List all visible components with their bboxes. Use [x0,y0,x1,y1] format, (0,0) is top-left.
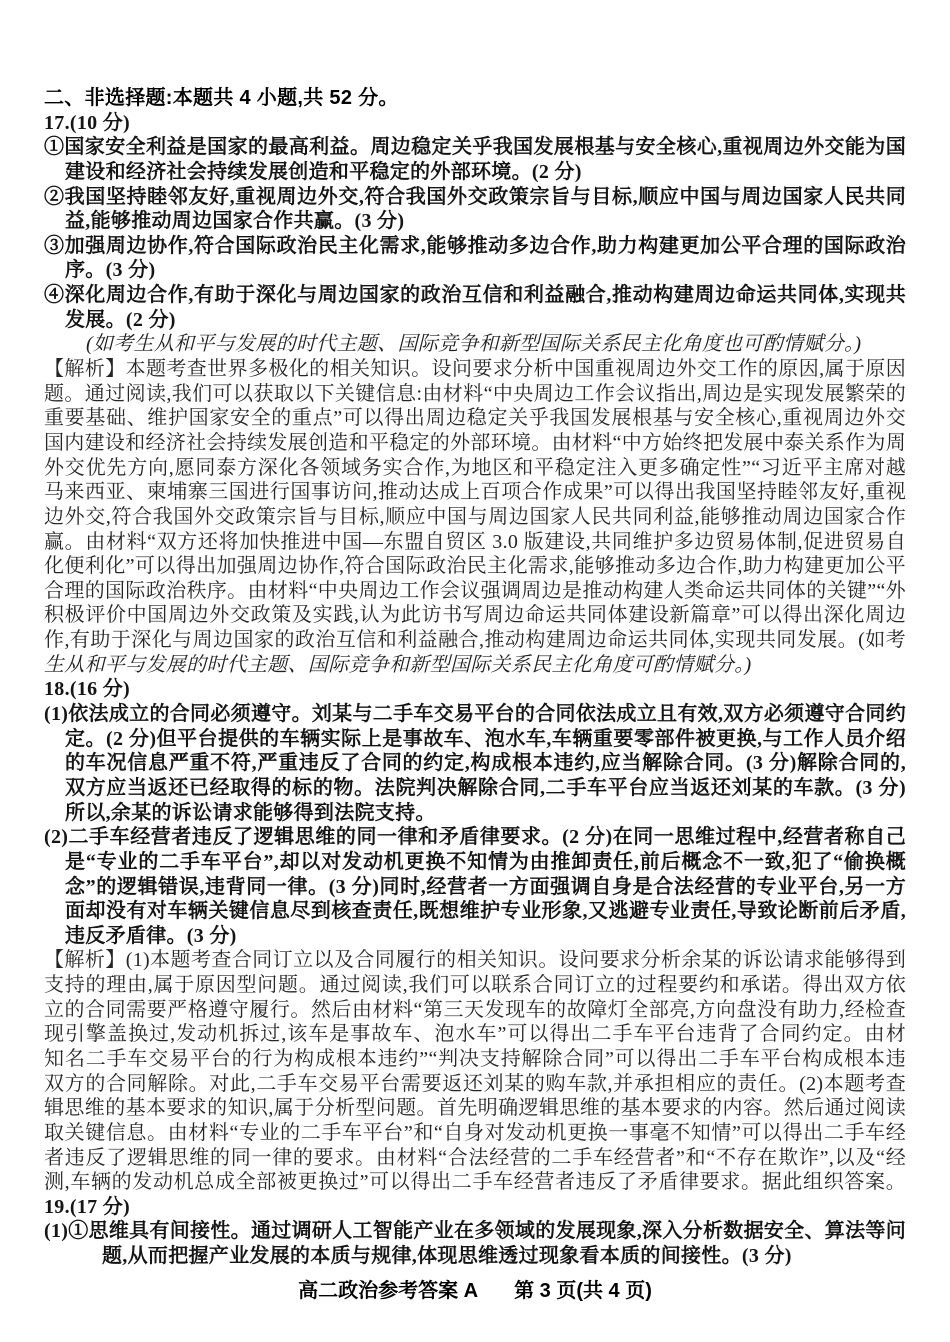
section-heading: 二、非选择题:本题共 4 小题,共 52 分。 [44,86,906,111]
q18-answer2-line: 念”的逻辑错误,违背同一律。(3 分)同时,经营者一方面强调自身是合法经营的专业… [44,875,906,900]
q17-analysis-line: 国内建设和经济社会持续发展创造和平稳定的外部环境。由材料“中方始终把发展中泰关系… [44,431,906,456]
q17-answer-line: ②我国坚持睦邻友好,重视周边外交,符合我国外交政策宗旨与目标,顺应中国与周边国家… [44,185,906,210]
q18-analysis-line: 取关键信息。由材料“专业的二手车平台”和“自身对发动机更换一事毫不知情”可以得出… [44,1121,906,1146]
q17-analysis-line: 作,有助于深化与周边国家的政治互信和利益融合,推动构建周边命运共同体,实现共同发… [44,628,906,653]
footer-page-number: 第 3 页(共 4 页) [514,1274,652,1303]
q18-analysis-line: 立的合同需要严格遵守履行。然后由材料“第三天发现车的故障灯全部亮,方向盘没有助力… [44,998,906,1023]
document-lines: 二、非选择题:本题共 4 小题,共 52 分。17.(10 分)①国家安全利益是… [44,86,906,1269]
q17-analysis-line: 边外交,符合我国外交政策宗旨与目标,顺应中国与周边国家人民共同利益,能够推动周边… [44,505,906,530]
q18-answer2-line: 违反矛盾律。(3 分) [44,924,906,949]
q19-number: 19.(17 分) [44,1195,906,1220]
q17-analysis-note-line: 生从和平与发展的时代主题、国际竞争和新型国际关系民主化角度可酌情赋分。) [44,653,906,678]
q18-answer1-line: (1)依法成立的合同必须遵守。刘某与二手车交易平台的合同依法成立且有效,双方必须… [44,702,906,727]
q18-analysis-line: 现引擎盖换过,发动机拆过,该车是事故车、泡水车”可以得出二手车平台违背了合同约定… [44,1022,906,1047]
q17-answer-line: 发展。(2 分) [44,308,906,333]
answer-sheet-page: 二、非选择题:本题共 4 小题,共 52 分。17.(10 分)①国家安全利益是… [0,0,950,1342]
q17-analysis-line: 赢。由材料“双方还将加快推进中国—东盟自贸区 3.0 版建设,共同维护多边贸易体… [44,530,906,555]
q18-analysis-line: 辑思维的基本要求的知识,属于分析型问题。首先明确逻辑思维的基本要求的内容。然后通… [44,1096,906,1121]
q18-answer1-line: 定。(2 分)但平台提供的车辆实际上是事故车、泡水车,车辆重要零部件被更换,与工… [44,727,906,752]
q17-note-line: (如考生从和平与发展的时代主题、国际竞争和新型国际关系民主化角度也可酌情赋分。) [44,332,906,357]
q18-number: 18.(16 分) [44,677,906,702]
q18-answer1-line: 所以,余某的诉讼请求能够得到法院支持。 [44,801,906,826]
q17-analysis-line: 马来西亚、柬埔寨三国进行国事访问,推动达成上百项合作成果”可以得出我国坚持睦邻友… [44,480,906,505]
q17-answer-line: 益,能够推动周边国家合作共赢。(3 分) [44,209,906,234]
q18-answer1-line: 的车况信息严重不符,严重违反了合同的约定,构成根本违约,应当解除合同。(3 分)… [44,751,906,776]
q17-analysis-line: 化便利化”可以得出加强周边协作,符合国际政治民主化需求,能够推动多边合作,助力构… [44,554,906,579]
q18-analysis-line: 者违反了逻辑思维的同一律的要求。由材料“合法经营的二手车经营者”和“不存在欺诈”… [44,1146,906,1171]
q17-answer-line: 建设和经济社会持续发展创造和平稳定的外部环境。(2 分) [44,160,906,185]
q17-answer-line: 序。(3 分) [44,258,906,283]
q18-answer2-line: (2)二手车经营者违反了逻辑思维的同一律和矛盾律要求。(2 分)在同一思维过程中… [44,825,906,850]
q17-number: 17.(10 分) [44,111,906,136]
q18-analysis-line: 双方的合同解除。对此,二手车交易平台需要返还刘某的购车款,并承担相应的责任。(2… [44,1072,906,1097]
q17-answer-line: ④深化周边合作,有助于深化与周边国家的政治互信和利益融合,推动构建周边命运共同体… [44,283,906,308]
q17-analysis-line: 合理的国际政治秩序。由材料“中央周边工作会议强调周边是推动构建人类命运共同体的关… [44,579,906,604]
q17-answer-line: ①国家安全利益是国家的最高利益。周边稳定关乎我国发展根基与安全核心,重视周边外交… [44,135,906,160]
q17-analysis-line: 【解析】本题考查世界多极化的相关知识。设问要求分析中国重视周边外交工作的原因,属… [44,357,906,382]
q18-answer1-line: 双方应当返还已经取得的标的物。法院判决解除合同,二手车平台应当返还刘某的车款。(… [44,776,906,801]
footer-title: 高二政治参考答案 A [298,1274,478,1303]
q17-analysis-line: 外交优先方向,愿同泰方深化各领域务实合作,为地区和平稳定注入更多确定性”“习近平… [44,456,906,481]
page-footer: 高二政治参考答案 A 第 3 页(共 4 页) [0,1274,950,1303]
q17-analysis-line: 积极评价中国周边外交政策及实践,认为此访书写周边命运共同体建设新篇章”可以得出深… [44,603,906,628]
q19-answer-line: (1)①思维具有间接性。通过调研人工智能产业在多领域的发展现象,深入分析数据安全… [44,1219,906,1244]
q18-answer2-line: 是“专业的二手车平台”,却以对发动机更换不知情为由推卸责任,前后概念不一致,犯了… [44,850,906,875]
q17-answer-line: ③加强周边协作,符合国际政治民主化需求,能够推动多边合作,助力构建更加公平合理的… [44,234,906,259]
q17-analysis-line: 题。通过阅读,我们可以获取以下关键信息:由材料“中央周边工作会议指出,周边是实现… [44,382,906,407]
q19-answer-line: 题,从而把握产业发展的本质与规律,体现思维透过现象看本质的间接性。(3 分) [44,1244,906,1269]
q18-analysis-line: 支持的理由,属于原因型问题。通过阅读,我们可以联系合同订立的过程要约和承诺。得出… [44,973,906,998]
q18-analysis-line: 【解析】(1)本题考查合同订立以及合同履行的相关知识。设问要求分析余某的诉讼请求… [44,948,906,973]
q18-answer2-line: 面却没有对车辆关键信息尽到核查责任,既想维护专业形象,又逃避专业责任,导致论断前… [44,899,906,924]
q17-analysis-line: 重要基础、维护国家安全的重点”可以得出周边稳定关乎我国发展根基与安全核心,重视周… [44,406,906,431]
q18-analysis-line: 测,车辆的发动机总成全部被更换过”可以得出二手车经营者违反了矛盾律要求。据此组织… [44,1170,906,1195]
q18-analysis-line: 知名二手车交易平台的行为构成根本违约”“判决支持解除合同”可以得出二手车平台构成… [44,1047,906,1072]
